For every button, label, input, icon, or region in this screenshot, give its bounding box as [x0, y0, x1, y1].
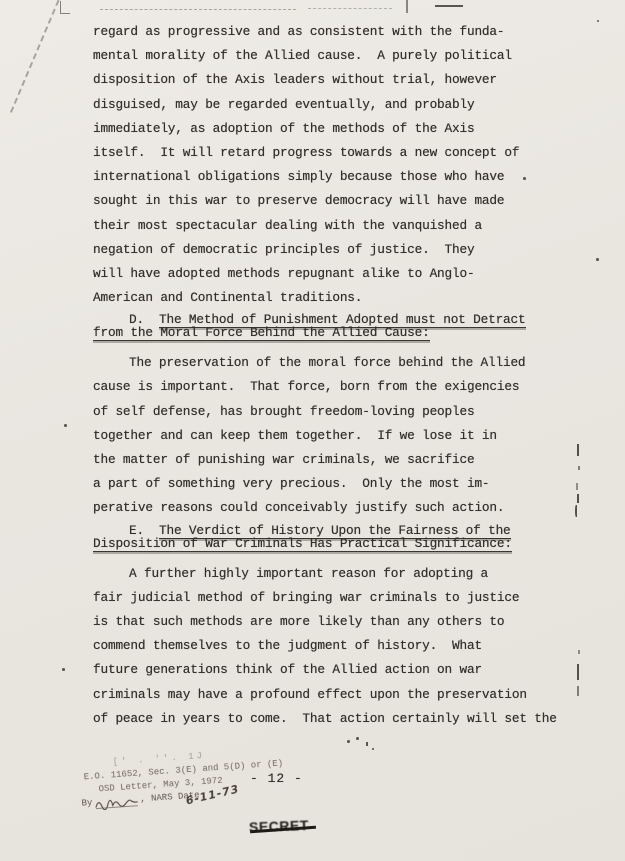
ink-speck	[372, 748, 374, 750]
body-line: negation of democratic principles of jus…	[93, 238, 563, 262]
top-faded-underline	[100, 9, 296, 10]
ink-speck	[64, 424, 67, 427]
heading-line: E.The Verdict of History Upon the Fairne…	[93, 524, 563, 537]
margin-mark	[577, 444, 579, 456]
document-page: regard as progressive and as consistent …	[0, 0, 625, 861]
body-line: criminals may have a profound effect upo…	[93, 683, 563, 707]
body-line: disguised, may be regarded eventually, a…	[93, 93, 563, 117]
body-line: itself. It will retard progress towards …	[93, 141, 563, 165]
section-heading-d: D.The Method of Punishment Adopted must …	[93, 313, 563, 339]
body-line: commend themselves to the judgment of hi…	[93, 634, 563, 658]
heading-line: Disposition of War Criminals Has Practic…	[93, 537, 563, 550]
ink-speck	[356, 737, 359, 740]
margin-mark	[577, 686, 579, 696]
stamp-by-label: By	[81, 797, 93, 811]
body-line: sought in this war to preserve democracy…	[93, 189, 563, 213]
heading-text: Disposition of War Criminals Has Practic…	[93, 536, 512, 552]
body-line: the matter of punishing war criminals, w…	[93, 448, 563, 472]
body-line: The preservation of the moral force behi…	[93, 351, 563, 375]
body-line: future generations think of the Allied a…	[93, 658, 563, 682]
margin-mark	[576, 483, 578, 490]
body-line: A further highly important reason for ad…	[93, 562, 563, 586]
body-line: regard as progressive and as consistent …	[93, 20, 563, 44]
pencil-diagonal-mark	[10, 0, 60, 113]
margin-mark	[575, 505, 577, 517]
heading-text: from the Moral Force Behind the Allied C…	[93, 325, 430, 341]
top-vertical-tick	[406, 0, 408, 13]
body-line: of peace in years to come. That action c…	[93, 707, 563, 731]
body-line: immediately, as adoption of the methods …	[93, 117, 563, 141]
document-body: regard as progressive and as consistent …	[93, 20, 563, 731]
ink-speck	[366, 742, 368, 746]
body-line: fair judicial method of bringing war cri…	[93, 586, 563, 610]
body-line: mental morality of the Allied cause. A p…	[93, 44, 563, 68]
body-line: their most spectacular dealing with the …	[93, 214, 563, 238]
ink-speck	[347, 740, 350, 743]
margin-mark	[578, 466, 580, 470]
section-heading-e: E.The Verdict of History Upon the Fairne…	[93, 524, 563, 550]
body-line: will have adopted methods repugnant alik…	[93, 262, 563, 286]
signature-scribble-icon	[94, 795, 139, 810]
ink-speck	[62, 668, 65, 671]
margin-mark	[577, 664, 579, 680]
body-line: international obligations simply because…	[93, 165, 563, 189]
top-bracket-mark	[60, 1, 70, 14]
page-number: - 12 -	[250, 771, 303, 786]
ink-speck	[596, 258, 599, 261]
body-line: of self defense, has brought freedom-lov…	[93, 400, 563, 424]
top-faded-underline-2	[308, 8, 392, 9]
body-line: disposition of the Axis leaders without …	[93, 68, 563, 92]
margin-mark	[577, 494, 579, 503]
top-ink-dash	[435, 5, 463, 7]
heading-line: from the Moral Force Behind the Allied C…	[93, 326, 563, 339]
ink-speck	[597, 20, 599, 22]
heading-number: E.	[129, 524, 159, 537]
body-line: is that such methods are more likely tha…	[93, 610, 563, 634]
body-line: perative reasons could conceivably justi…	[93, 496, 563, 520]
body-line: a part of something very precious. Only …	[93, 472, 563, 496]
body-line: American and Continental traditions.	[93, 286, 563, 310]
margin-mark	[578, 650, 580, 654]
body-line: cause is important. That force, born fro…	[93, 375, 563, 399]
body-line: together and can keep them together. If …	[93, 424, 563, 448]
